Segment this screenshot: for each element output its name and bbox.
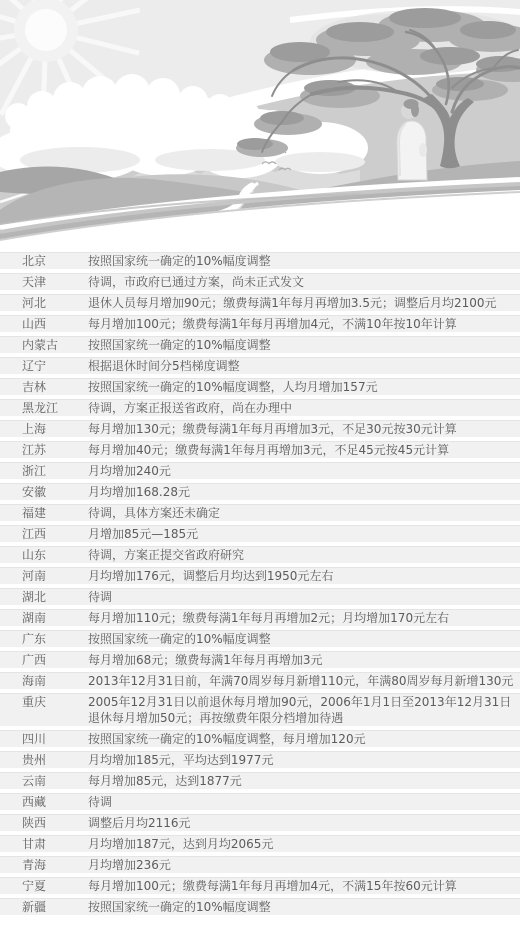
policy-text: 每月增加40元；缴费每满1年每月再增加3元，不足45元按45元计算 (88, 442, 520, 458)
table-row: 湖北 待调 (0, 588, 520, 605)
table-row: 辽宁 根据退休时间分5档梯度调整 (0, 357, 520, 374)
policy-text: 待调，市政府已通过方案，尚未正式发文 (88, 274, 520, 290)
policy-text: 2005年12月31日以前退休每月增加90元，2006年1月1日至2013年12… (88, 694, 520, 726)
policy-text: 每月增加100元；缴费每满1年每月再增加4元，不满15年按60元计算 (88, 878, 520, 894)
table-row: 山东 待调，方案正提交省政府研究 (0, 546, 520, 563)
region-name: 浙江 (0, 463, 88, 479)
region-name: 甘肃 (0, 836, 88, 852)
region-name: 青海 (0, 857, 88, 873)
table-row: 河北 退休人员每月增加90元；缴费每满1年每月再增加3.5元；调整后月均2100… (0, 294, 520, 311)
region-name: 广东 (0, 631, 88, 647)
policy-text: 按照国家统一确定的10%幅度调整 (88, 899, 520, 915)
region-name: 山西 (0, 316, 88, 332)
region-name: 福建 (0, 505, 88, 521)
region-name: 贵州 (0, 752, 88, 768)
policy-text: 待调，方案正提交省政府研究 (88, 547, 520, 563)
region-name: 辽宁 (0, 358, 88, 374)
table-row: 江苏 每月增加40元；缴费每满1年每月再增加3元，不足45元按45元计算 (0, 441, 520, 458)
table-row: 海南 2013年12月31日前，年满70周岁每月新增110元，年满80周岁每月新… (0, 672, 520, 689)
policy-text: 每月增加130元；缴费每满1年每月再增加3元，不足30元按30元计算 (88, 421, 520, 437)
policy-text: 2013年12月31日前，年满70周岁每月新增110元，年满80周岁每月新增13… (88, 673, 520, 689)
header-illustration (0, 0, 520, 248)
policy-text: 每月增加100元；缴费每满1年每月再增加4元，不满10年按10年计算 (88, 316, 520, 332)
policy-text: 按照国家统一确定的10%幅度调整，人均月增加157元 (88, 379, 520, 395)
region-name: 山东 (0, 547, 88, 563)
table-row: 广东 按照国家统一确定的10%幅度调整 (0, 630, 520, 647)
pension-table: 北京 按照国家统一确定的10%幅度调整 天津 待调，市政府已通过方案，尚未正式发… (0, 252, 520, 915)
table-row: 福建 待调，具体方案还未确定 (0, 504, 520, 521)
table-row: 山西 每月增加100元；缴费每满1年每月再增加4元，不满10年按10年计算 (0, 315, 520, 332)
policy-text: 待调 (88, 589, 520, 605)
table-row: 北京 按照国家统一确定的10%幅度调整 (0, 252, 520, 269)
news-infographic: 北京 按照国家统一确定的10%幅度调整 天津 待调，市政府已通过方案，尚未正式发… (0, 0, 520, 936)
region-name: 西藏 (0, 794, 88, 810)
region-name: 江西 (0, 526, 88, 542)
policy-text: 月均增加176元，调整后月均达到1950元左右 (88, 568, 520, 584)
table-row: 安徽 月均增加168.28元 (0, 483, 520, 500)
policy-text: 月均增加187元，达到月均2065元 (88, 836, 520, 852)
policy-text: 月均增加240元 (88, 463, 520, 479)
table-row: 浙江 月均增加240元 (0, 462, 520, 479)
table-row: 新疆 按照国家统一确定的10%幅度调整 (0, 898, 520, 915)
table-row: 黑龙江 待调，方案正报送省政府，尚在办理中 (0, 399, 520, 416)
region-name: 四川 (0, 731, 88, 747)
region-name: 新疆 (0, 899, 88, 915)
table-row: 陕西 调整后月均2116元 (0, 814, 520, 831)
table-row: 甘肃 月均增加187元，达到月均2065元 (0, 835, 520, 852)
policy-text: 待调，方案正报送省政府，尚在办理中 (88, 400, 520, 416)
policy-text: 待调，具体方案还未确定 (88, 505, 520, 521)
table-row: 宁夏 每月增加100元；缴费每满1年每月再增加4元，不满15年按60元计算 (0, 877, 520, 894)
table-row: 西藏 待调 (0, 793, 520, 810)
policy-text: 每月增加68元；缴费每满1年每月再增加3元 (88, 652, 520, 668)
region-name: 重庆 (0, 694, 88, 710)
table-row: 青海 月均增加236元 (0, 856, 520, 873)
policy-text: 待调 (88, 794, 520, 810)
policy-text: 月均增加168.28元 (88, 484, 520, 500)
region-name: 湖北 (0, 589, 88, 605)
policy-text: 每月增加110元；缴费每满1年每月再增加2元；月均增加170元左右 (88, 610, 520, 626)
region-name: 内蒙古 (0, 337, 88, 353)
policy-text: 月增加85元—185元 (88, 526, 520, 542)
policy-text: 每月增加85元，达到1877元 (88, 773, 520, 789)
table-row: 天津 待调，市政府已通过方案，尚未正式发文 (0, 273, 520, 290)
region-name: 海南 (0, 673, 88, 689)
policy-text: 月均增加185元，平均达到1977元 (88, 752, 520, 768)
policy-text: 退休人员每月增加90元；缴费每满1年每月再增加3.5元；调整后月均2100元 (88, 295, 520, 311)
table-row: 江西 月增加85元—185元 (0, 525, 520, 542)
table-row: 湖南 每月增加110元；缴费每满1年每月再增加2元；月均增加170元左右 (0, 609, 520, 626)
region-name: 河北 (0, 295, 88, 311)
policy-text: 调整后月均2116元 (88, 815, 520, 831)
table-row: 四川 按照国家统一确定的10%幅度调整，每月增加120元 (0, 730, 520, 747)
table-row: 贵州 月均增加185元，平均达到1977元 (0, 751, 520, 768)
policy-text: 按照国家统一确定的10%幅度调整 (88, 337, 520, 353)
table-row: 河南 月均增加176元，调整后月均达到1950元左右 (0, 567, 520, 584)
table-row: 重庆 2005年12月31日以前退休每月增加90元，2006年1月1日至2013… (0, 693, 520, 726)
policy-text: 根据退休时间分5档梯度调整 (88, 358, 520, 374)
region-name: 黑龙江 (0, 400, 88, 416)
region-name: 吉林 (0, 379, 88, 395)
table-row: 上海 每月增加130元；缴费每满1年每月再增加3元，不足30元按30元计算 (0, 420, 520, 437)
table-row: 云南 每月增加85元，达到1877元 (0, 772, 520, 789)
region-name: 安徽 (0, 484, 88, 500)
table-row: 广西 每月增加68元；缴费每满1年每月再增加3元 (0, 651, 520, 668)
policy-text: 按照国家统一确定的10%幅度调整 (88, 253, 520, 269)
region-name: 上海 (0, 421, 88, 437)
region-name: 云南 (0, 773, 88, 789)
region-name: 天津 (0, 274, 88, 290)
region-name: 广西 (0, 652, 88, 668)
table-row: 吉林 按照国家统一确定的10%幅度调整，人均月增加157元 (0, 378, 520, 395)
region-name: 湖南 (0, 610, 88, 626)
policy-text: 月均增加236元 (88, 857, 520, 873)
region-name: 宁夏 (0, 878, 88, 894)
table-row: 内蒙古 按照国家统一确定的10%幅度调整 (0, 336, 520, 353)
region-name: 陕西 (0, 815, 88, 831)
policy-text: 按照国家统一确定的10%幅度调整 (88, 631, 520, 647)
region-name: 北京 (0, 253, 88, 269)
policy-text: 按照国家统一确定的10%幅度调整，每月增加120元 (88, 731, 520, 747)
region-name: 江苏 (0, 442, 88, 458)
region-name: 河南 (0, 568, 88, 584)
